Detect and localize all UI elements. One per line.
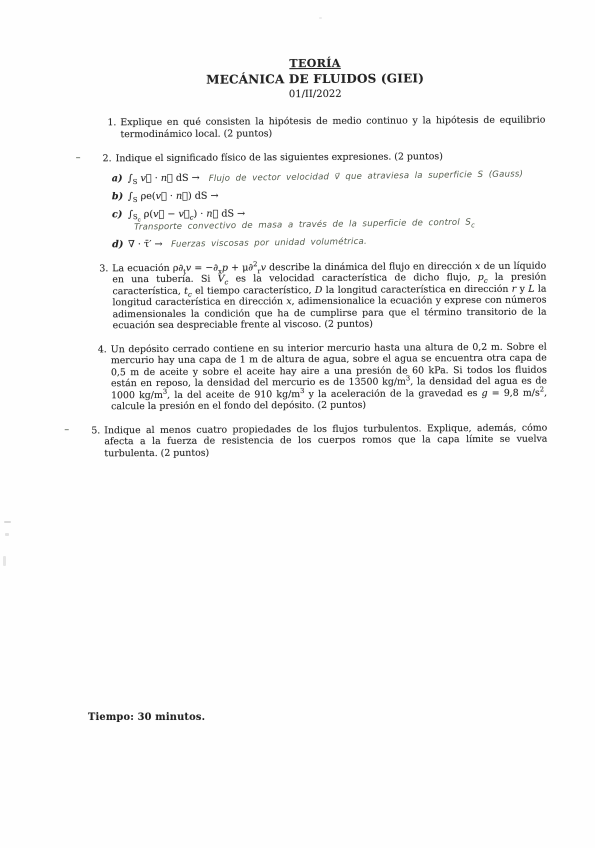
exam-header: TEORÍA MECÁNICA DE FLUIDOS (GIEI) 01/II/… bbox=[85, 56, 545, 102]
question-text: Indique el significado físico de las sig… bbox=[116, 151, 443, 164]
scan-artifact bbox=[5, 533, 9, 536]
expression-label: d) bbox=[112, 239, 123, 251]
question-4: 4. Un depósito cerrado contiene en su in… bbox=[85, 341, 547, 413]
question-2: – 2. Indique el significado físico de la… bbox=[90, 151, 546, 165]
page-content: TEORÍA MECÁNICA DE FLUIDOS (GIEI) 01/II/… bbox=[85, 56, 548, 473]
expression-formula: ∫Sc ρ(v⃗ − v⃗c) · n⃗ dS → bbox=[128, 208, 245, 220]
question-text: La ecuación ρ∂tv = −∂xp + μ∂2rv describe… bbox=[112, 260, 546, 331]
question-number: 5. bbox=[84, 425, 100, 437]
question-text: Un depósito cerrado contiene en su inter… bbox=[111, 341, 547, 412]
expression-list: a) ∫S v⃗ · n⃗ dS → Flujo de vector veloc… bbox=[112, 170, 546, 251]
question-number: 4. bbox=[91, 344, 107, 356]
handwritten-annotation: Flujo de vector velocidad v⃗ que atravie… bbox=[209, 169, 524, 184]
question-number: 2. bbox=[96, 153, 112, 165]
question-1: 1. Explique en qué consisten la hipótesi… bbox=[94, 115, 545, 141]
handwritten-annotation: Fuerzas viscosas por unidad volumétrica. bbox=[172, 237, 368, 250]
question-number: 3. bbox=[92, 263, 108, 275]
scan-artifact bbox=[319, 17, 322, 19]
expression-label: a) bbox=[112, 173, 123, 185]
question-text: Indique al menos cuatro propiedades de l… bbox=[104, 422, 547, 459]
course-title: MECÁNICA DE FLUIDOS (GIEI) bbox=[85, 71, 545, 88]
pen-dash-mark: – bbox=[76, 152, 88, 164]
expression-formula: ∇ · τ̄′ → bbox=[128, 239, 162, 250]
section-title: TEORÍA bbox=[85, 56, 545, 72]
expression-item-d: d) ∇ · τ̄′ → Fuerzas viscosas por unidad… bbox=[112, 236, 546, 251]
expression-label: b) bbox=[112, 191, 123, 203]
expression-item-c: c) ∫Sc ρ(v⃗ − v⃗c) · n⃗ dS → Transporte … bbox=[112, 206, 546, 233]
question-text: Explique en qué consisten la hipótesis d… bbox=[120, 115, 545, 140]
expression-item-b: b) ∫S ρe(v⃗ · n⃗) dS → bbox=[112, 188, 546, 203]
exam-page: TEORÍA MECÁNICA DE FLUIDOS (GIEI) 01/II/… bbox=[0, 0, 595, 848]
expression-label: c) bbox=[112, 209, 122, 221]
expression-formula: ∫S ρe(v⃗ · n⃗) dS → bbox=[128, 190, 219, 202]
expression-formula: ∫S v⃗ · n⃗ dS → bbox=[128, 172, 200, 183]
question-number: 1. bbox=[100, 117, 116, 129]
footer-time: Tiempo: 30 minutos. bbox=[88, 712, 205, 723]
pen-dash-mark: – bbox=[64, 424, 76, 436]
scan-artifact bbox=[4, 521, 11, 523]
expression-item-a: a) ∫S v⃗ · n⃗ dS → Flujo de vector veloc… bbox=[112, 170, 546, 185]
question-3: 3. La ecuación ρ∂tv = −∂xp + μ∂2rv descr… bbox=[86, 260, 546, 332]
question-5: – 5. Indique al menos cuatro propiedades… bbox=[78, 422, 547, 459]
exam-date: 01/II/2022 bbox=[85, 88, 545, 102]
scan-artifact bbox=[3, 556, 6, 566]
